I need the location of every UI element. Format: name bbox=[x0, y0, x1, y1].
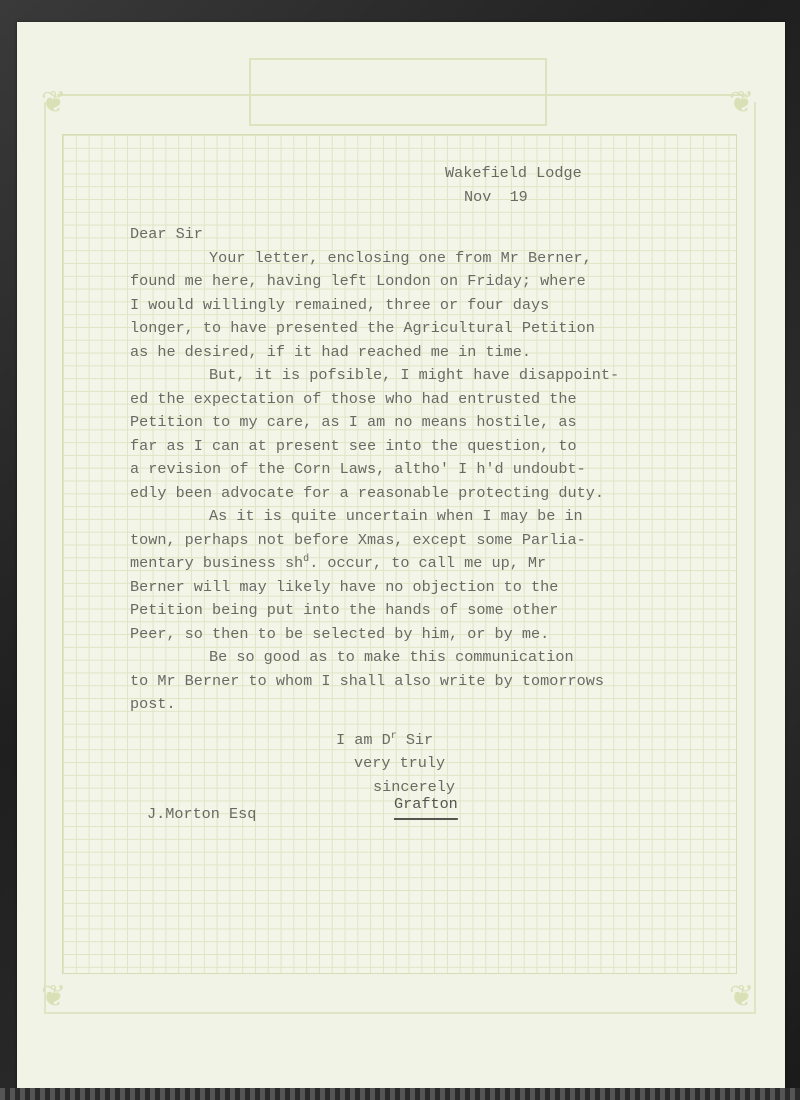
body-line: But, it is pofsible, I might have disapp… bbox=[130, 364, 670, 388]
sender-address: Wakefield Lodge bbox=[130, 162, 670, 186]
recipient-name: J.Morton Esq bbox=[147, 803, 256, 827]
corner-ornament-icon: ❦ bbox=[729, 982, 754, 1012]
body-line: Petition being put into the hands of som… bbox=[130, 599, 670, 623]
body-line: a revision of the Corn Laws, altho' I h'… bbox=[130, 458, 670, 482]
salutation: Dear Sir bbox=[130, 223, 670, 247]
body-line: I would willingly remained, three or fou… bbox=[130, 294, 670, 318]
closing-line: very truly bbox=[130, 752, 670, 776]
body-line: As it is quite uncertain when I may be i… bbox=[130, 505, 670, 529]
body-line: Petition to my care, as I am no means ho… bbox=[130, 411, 670, 435]
body-line: found me here, having left London on Fri… bbox=[130, 270, 670, 294]
scanner-edge bbox=[0, 1088, 800, 1100]
corner-ornament-icon: ❦ bbox=[729, 88, 754, 118]
corner-ornament-icon: ❦ bbox=[41, 88, 66, 118]
body-line: Your letter, enclosing one from Mr Berne… bbox=[130, 247, 670, 271]
body-line: far as I can at present see into the que… bbox=[130, 435, 670, 459]
body-line: Peer, so then to be selected by him, or … bbox=[130, 623, 670, 647]
body-line: post. bbox=[130, 693, 670, 717]
body-line: ed the expectation of those who had entr… bbox=[130, 388, 670, 412]
body-line: longer, to have presented the Agricultur… bbox=[130, 317, 670, 341]
body-line: Berner will may likely have no objection… bbox=[130, 576, 670, 600]
letter-text: Wakefield Lodge Nov 19 Dear Sir Your let… bbox=[130, 162, 670, 823]
body-line: Be so good as to make this communication bbox=[130, 646, 670, 670]
body-line: mentary business shd. occur, to call me … bbox=[130, 552, 670, 576]
corner-ornament-icon: ❦ bbox=[41, 982, 66, 1012]
body-line: as he desired, if it had reached me in t… bbox=[130, 341, 670, 365]
body-line: edly been advocate for a reasonable prot… bbox=[130, 482, 670, 506]
letter-date: Nov 19 bbox=[130, 186, 670, 210]
body-line: town, perhaps not before Xmas, except so… bbox=[130, 529, 670, 553]
signature-row: J.Morton Esq Grafton bbox=[130, 799, 670, 823]
signature: Grafton bbox=[394, 793, 458, 817]
body-line: to Mr Berner to whom I shall also write … bbox=[130, 670, 670, 694]
closing-line: I am Dr Sir bbox=[130, 729, 670, 753]
